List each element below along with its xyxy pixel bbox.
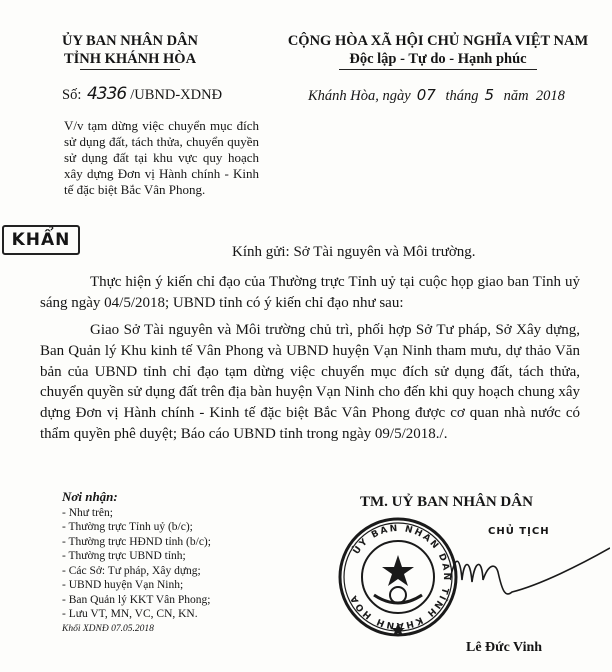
handwritten-signature-icon xyxy=(450,540,610,610)
signature-organization: TM. UỶ BAN NHÂN DÂN xyxy=(360,494,533,511)
recipient-item: - Thường trực HĐND tỉnh (b/c); xyxy=(62,535,211,550)
body-paragraph-2: Giao Sở Tài nguyên và Môi trường chủ trì… xyxy=(40,320,580,445)
date-month: 5 xyxy=(484,86,494,104)
subject-line: V/v tạm dừng việc chuyển mục đích sử dụn… xyxy=(64,118,259,198)
recipient-item: - Các Sở: Tư pháp, Xây dựng; xyxy=(62,564,211,579)
recipient-item: - Ban Quản lý KKT Vân Phong; xyxy=(62,593,211,608)
doc-number-prefix: Số: xyxy=(62,87,81,103)
signature-role: CHỦ TỊCH xyxy=(488,526,550,537)
date-year-label: năm xyxy=(504,88,529,104)
recipient-item: - Thường trực Tỉnh uỷ (b/c); xyxy=(62,520,211,535)
date-day: 07 xyxy=(417,86,436,104)
addressee: Kính gửi: Sở Tài nguyên và Môi trường. xyxy=(232,244,476,261)
org-line-2: TỈNH KHÁNH HÒA xyxy=(50,50,210,68)
header-left-rule xyxy=(80,69,180,70)
document-date: Khánh Hòa, ngày07 tháng5 năm 2018 xyxy=(308,86,565,105)
recipient-item: - Như trên; xyxy=(62,506,211,521)
nation-line-2: Độc lập - Tự do - Hạnh phúc xyxy=(270,50,606,68)
date-place: Khánh Hòa, ngày xyxy=(308,88,411,104)
org-line-1: ỦY BAN NHÂN DÂN xyxy=(50,32,210,50)
urgent-stamp: KHẨN xyxy=(2,225,80,255)
recipients-title: Nơi nhận: xyxy=(62,490,211,505)
recipients-footer: Khối XDNĐ 07.05.2018 xyxy=(62,622,211,637)
official-seal-icon: ỦY BAN NHÂN DÂN TỈNH KHÁNH HÒA xyxy=(336,515,460,639)
date-year: 2018 xyxy=(536,88,565,104)
header-right-rule xyxy=(339,69,537,70)
national-motto: CỘNG HÒA XÃ HỘI CHỦ NGHĨA VIỆT NAM Độc l… xyxy=(270,32,606,70)
issuing-authority: ỦY BAN NHÂN DÂN TỈNH KHÁNH HÒA xyxy=(50,32,210,70)
document-number: Số: 4336/UBND-XDNĐ xyxy=(62,84,222,104)
recipient-item: - UBND huyện Vạn Ninh; xyxy=(62,578,211,593)
signatory-name: Lê Đức Vinh xyxy=(466,640,542,656)
doc-number-suffix: /UBND-XDNĐ xyxy=(130,87,222,103)
recipients-list: Nơi nhận: - Như trên; - Thường trực Tỉnh… xyxy=(62,490,211,636)
recipient-item: - Lưu VT, MN, VC, CN, KN. xyxy=(62,607,211,622)
recipient-item: - Thường trực UBND tỉnh; xyxy=(62,549,211,564)
nation-line-1: CỘNG HÒA XÃ HỘI CHỦ NGHĨA VIỆT NAM xyxy=(270,32,606,50)
date-month-label: tháng xyxy=(445,88,478,104)
doc-number-handwritten: 4336 xyxy=(87,84,126,104)
body-paragraph-1: Thực hiện ý kiến chỉ đạo của Thường trực… xyxy=(40,272,580,314)
